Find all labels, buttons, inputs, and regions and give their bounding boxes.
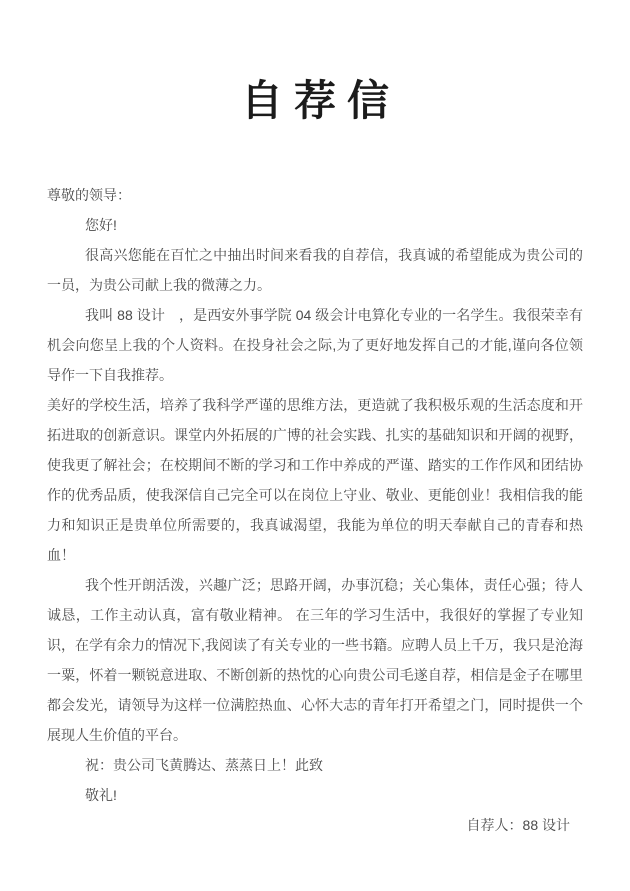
letter-body: 尊敬的领导： 您好! 很高兴您能在百忙之中抽出时间来看我的自荐信，我真诚的希望能… bbox=[47, 180, 583, 840]
salutation: 尊敬的领导： bbox=[47, 180, 583, 210]
greeting-line: 您好! bbox=[47, 210, 583, 240]
wish-line: 祝：贵公司飞黄腾达、蒸蒸日上！此致 bbox=[47, 750, 583, 780]
closing-line: 敬礼! bbox=[47, 780, 583, 810]
signature-line: 自荐人：88 设计 bbox=[47, 810, 583, 840]
letter-title: 自荐信 bbox=[47, 76, 583, 126]
self-introduction-paragraph: 我叫 88 设计 ，是西安外事学院 04 级会计电算化专业的一名学生。我很荣幸有… bbox=[47, 300, 583, 390]
school-life-paragraph: 美好的学校生活，培养了我科学严谨的思维方法，更造就了我积极乐观的生活态度和开拓进… bbox=[47, 390, 583, 570]
letter-page: 自荐信 尊敬的领导： 您好! 很高兴您能在百忙之中抽出时间来看我的自荐信，我真诚… bbox=[0, 0, 630, 891]
personality-paragraph: 我个性开朗活泼，兴趣广泛；思路开阔，办事沉稳；关心集体，责任心强；待人诚恳，工作… bbox=[47, 570, 583, 750]
opening-paragraph: 很高兴您能在百忙之中抽出时间来看我的自荐信，我真诚的希望能成为贵公司的一员，为贵… bbox=[47, 240, 583, 300]
